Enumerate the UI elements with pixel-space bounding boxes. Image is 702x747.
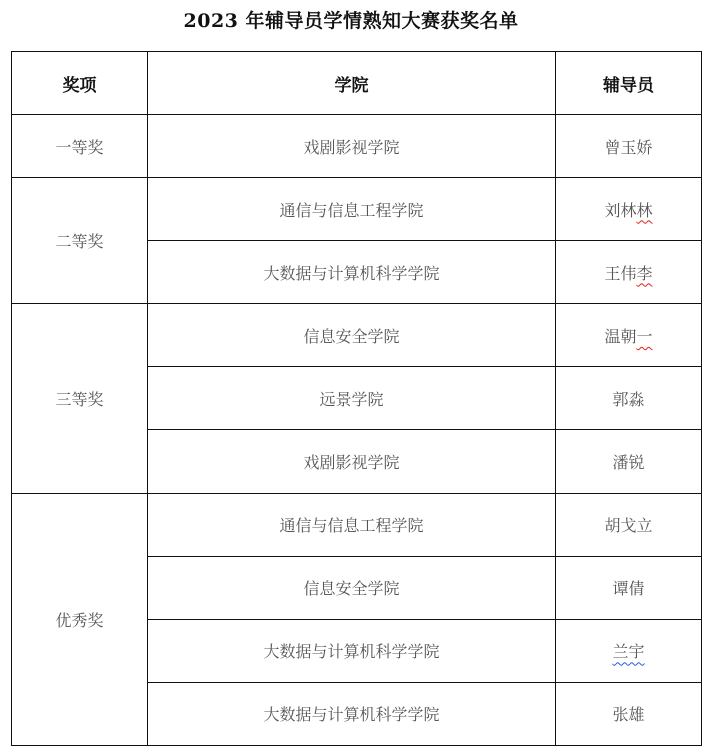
counselor-cell: 胡戈立 [556,493,702,556]
counselor-cell: 张雄 [556,682,702,745]
counselor-cell: 谭倩 [556,556,702,619]
counselor-name-plain: 王伟 [604,264,636,283]
award-cell-second: 二等奖 [12,178,148,304]
counselor-cell: 刘林林 [556,178,702,241]
counselor-cell: 潘锐 [556,430,702,493]
college-cell: 信息安全学院 [148,304,556,367]
table-row: 一等奖 戏剧影视学院 曾玉娇 [12,115,702,178]
college-cell: 通信与信息工程学院 [148,178,556,241]
college-cell: 大数据与计算机科学学院 [148,241,556,304]
college-cell: 大数据与计算机科学学院 [148,619,556,682]
spellcheck-flagged-text[interactable]: 一 [637,327,653,346]
awards-table: 奖项 学院 辅导员 一等奖 戏剧影视学院 曾玉娇 二等奖 通信与信息工程学院 刘… [11,51,702,746]
award-cell-third: 三等奖 [12,304,148,493]
table-row: 优秀奖 通信与信息工程学院 胡戈立 [12,493,702,556]
counselor-name-plain: 刘林 [604,201,636,220]
spellcheck-flagged-text[interactable]: 李 [637,264,653,283]
counselor-name-plain: 温朝 [604,327,636,346]
college-cell: 戏剧影视学院 [148,115,556,178]
counselor-cell: 温朝一 [556,304,702,367]
document-title: 2023 年辅导员学情熟知大赛获奖名单 [0,6,702,33]
college-cell: 远景学院 [148,367,556,430]
award-cell-excellence: 优秀奖 [12,493,148,745]
header-college: 学院 [148,52,556,115]
counselor-cell: 兰宇 [556,619,702,682]
header-counselor: 辅导员 [556,52,702,115]
college-cell: 信息安全学院 [148,556,556,619]
grammar-flagged-text[interactable]: 兰宇 [612,642,644,661]
college-cell: 戏剧影视学院 [148,430,556,493]
table-row: 三等奖 信息安全学院 温朝一 [12,304,702,367]
college-cell: 大数据与计算机科学学院 [148,682,556,745]
counselor-cell: 王伟李 [556,241,702,304]
table-row: 二等奖 通信与信息工程学院 刘林林 [12,178,702,241]
table-header-row: 奖项 学院 辅导员 [12,52,702,115]
award-cell-first: 一等奖 [12,115,148,178]
counselor-cell: 曾玉娇 [556,115,702,178]
college-cell: 通信与信息工程学院 [148,493,556,556]
header-award: 奖项 [12,52,148,115]
spellcheck-flagged-text[interactable]: 林 [637,201,653,220]
counselor-cell: 郭淼 [556,367,702,430]
